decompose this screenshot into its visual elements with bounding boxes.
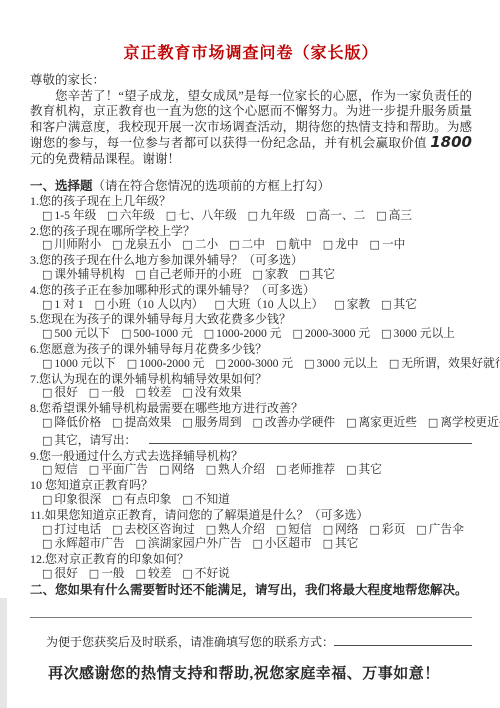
contact-write-in-blank[interactable] <box>334 633 472 646</box>
option-checkbox[interactable]: □1 对 1 <box>42 298 84 313</box>
option-label: 其它 <box>394 298 417 311</box>
option-line: □1 对 1□小班（10 人以内）□大班（10 人以上）□家教□其它 <box>30 298 472 313</box>
checkbox-icon: □ <box>89 567 99 580</box>
option-checkbox[interactable]: □航中 <box>276 238 312 253</box>
option-label: 家教 <box>347 298 370 311</box>
question-text: 9.您一般通过什么方式去选择辅导机构？ <box>30 449 472 464</box>
option-checkbox[interactable]: □平面广告 <box>89 463 148 478</box>
question-block: 3.您的孩子现在什么地方参加课外辅导？（可多选）□课外辅导机构□自己老师开的小班… <box>30 253 472 283</box>
option-checkbox[interactable]: □离家更近些 <box>346 416 417 431</box>
contact-line: 为便于您获奖后及时联系，请准确填写您的联系方式： <box>30 633 472 650</box>
option-label: 有点印象 <box>125 493 172 506</box>
question-text: 2.您的孩子现在哪所学校上学？ <box>30 224 472 239</box>
question-block: 4.您的孩子正在参加哪种形式的课外辅导？（可多选）□1 对 1□小班（10 人以… <box>30 283 472 313</box>
question-block: 9.您一般通过什么方式去选择辅导机构？□短信□平面广告□网络□熟人介绍□老师推荐… <box>30 449 472 479</box>
option-line: □永辉超市广告□滨湖家园户外广告□小区超市□其它 <box>30 537 472 552</box>
option-checkbox[interactable]: □高一、二 <box>306 209 365 224</box>
option-checkbox[interactable]: □课外辅导机构 <box>42 268 125 283</box>
option-label: 小班（10 人以内） <box>107 298 203 311</box>
option-checkbox[interactable]: □其它 <box>323 537 359 552</box>
checkbox-icon: □ <box>112 523 122 536</box>
option-checkbox[interactable]: □小班（10 人以内） <box>95 298 204 313</box>
option-label: 1000 元以下 <box>54 357 115 370</box>
option-checkbox[interactable]: □网络 <box>323 523 359 538</box>
option-label: 高三 <box>389 209 412 222</box>
question-block: 8.您希望课外辅导机构最需要在哪些地方进行改善？□降低价格□提高效果□服务周到□… <box>30 401 472 448</box>
option-label: 龙泉五小 <box>125 238 172 251</box>
option-checkbox[interactable]: □提高效果 <box>112 416 171 431</box>
checkbox-icon: □ <box>369 523 379 536</box>
checkbox-icon: □ <box>42 386 52 399</box>
option-label: 九年级 <box>260 209 295 222</box>
option-line: □1-5 年级□六年级□七、八年级□九年级□高一、二□高三 <box>30 209 472 224</box>
option-label: 较差 <box>148 567 171 580</box>
option-label: 没有效果 <box>195 386 242 399</box>
option-checkbox[interactable]: □熟人介绍 <box>206 523 265 538</box>
option-label: 一般 <box>101 567 124 580</box>
option-label: 大班（10 人以上） <box>227 298 323 311</box>
checkbox-icon: □ <box>112 493 122 506</box>
checkbox-icon: □ <box>276 463 286 476</box>
option-label: 其它 <box>359 463 382 476</box>
option-label: 航中 <box>288 238 311 251</box>
checkbox-icon: □ <box>370 238 380 251</box>
checkbox-icon: □ <box>136 567 146 580</box>
option-label: 3000 元以上 <box>317 357 378 370</box>
option-label: 其它 <box>312 268 335 281</box>
option-label: 2000-3000 元 <box>228 357 293 370</box>
option-checkbox[interactable]: □较差 <box>136 567 172 582</box>
option-line: □1000 元以下□1000-2000 元□2000-3000 元□3000 元… <box>30 357 472 372</box>
option-checkbox[interactable]: □小区超市 <box>252 537 311 552</box>
question-text: 7.您认为现在的课外辅导机构辅导效果如何？ <box>30 372 472 387</box>
option-checkbox[interactable]: □很好 <box>42 386 78 401</box>
option-checkbox[interactable]: □老师推荐 <box>276 463 335 478</box>
option-checkbox[interactable]: □印象很深 <box>42 493 101 508</box>
question-text: 3.您的孩子现在什么地方参加课外辅导？（可多选） <box>30 253 472 268</box>
option-label: 提高效果 <box>125 416 172 429</box>
option-label: 彩页 <box>382 523 405 536</box>
scan-artifact-strip <box>0 598 7 708</box>
option-label: 离家更近些 <box>358 416 416 429</box>
checkbox-icon: □ <box>42 209 52 222</box>
option-line: □其它，请写出： <box>30 431 472 449</box>
question-list: 1.您的孩子现在上几年级？□1-5 年级□六年级□七、八年级□九年级□高一、二□… <box>30 194 472 582</box>
checkbox-icon: □ <box>42 298 52 311</box>
option-checkbox[interactable]: □家教 <box>334 298 370 313</box>
option-checkbox[interactable]: □离学校更近些 <box>428 416 500 431</box>
question-text: 12.您对京正教育的印象如何？ <box>30 552 472 567</box>
question-block: 11.如果您知道京正教育，请问您的了解渠道是什么？（可多选）□打过电话□去校区咨… <box>30 508 472 552</box>
section1-heading-note: （请在符合您情况的选项前的方框上打勾） <box>93 179 331 193</box>
option-checkbox[interactable]: □广告伞 <box>416 523 463 538</box>
checkbox-icon: □ <box>42 327 52 340</box>
option-checkbox[interactable]: □滨湖家园户外广告 <box>136 537 242 552</box>
checkbox-icon: □ <box>182 567 192 580</box>
checkbox-icon: □ <box>323 238 333 251</box>
option-label: 网络 <box>335 523 358 536</box>
option-label: 自己老师开的小班 <box>148 268 242 281</box>
option-label: 六年级 <box>120 209 155 222</box>
checkbox-icon: □ <box>159 463 169 476</box>
checkbox-icon: □ <box>381 327 391 340</box>
option-label: 服务周到 <box>195 416 242 429</box>
checkbox-icon: □ <box>229 238 239 251</box>
option-checkbox[interactable]: □大班（10 人以上） <box>214 298 323 313</box>
checkbox-icon: □ <box>42 238 52 251</box>
checkbox-icon: □ <box>112 238 122 251</box>
option-checkbox[interactable]: □熟人介绍 <box>206 463 265 478</box>
option-label: 高一、二 <box>319 209 366 222</box>
checkbox-icon: □ <box>428 416 438 429</box>
option-checkbox[interactable]: □其它 <box>346 463 382 478</box>
option-checkbox[interactable]: □1000-2000 元 <box>204 327 282 342</box>
option-label: 滨湖家园户外广告 <box>148 537 242 550</box>
option-label: 改善办学硬件 <box>265 416 335 429</box>
checkbox-icon: □ <box>42 357 52 370</box>
option-checkbox[interactable]: □永辉超市广告 <box>42 537 125 552</box>
checkbox-icon: □ <box>248 209 258 222</box>
checkbox-icon: □ <box>42 416 52 429</box>
option-checkbox[interactable]: □龙泉五小 <box>112 238 171 253</box>
option-label: 去校区咨询过 <box>125 523 195 536</box>
option-label: 较差 <box>148 386 171 399</box>
checkbox-icon: □ <box>42 434 52 447</box>
checkbox-icon: □ <box>252 268 262 281</box>
question-block: 2.您的孩子现在哪所学校上学？□川师附小□龙泉五小□二小□二中□航中□龙中□一中 <box>30 224 472 254</box>
checkbox-icon: □ <box>112 416 122 429</box>
option-label: 小区超市 <box>265 537 312 550</box>
option-checkbox[interactable]: □无所谓，效果好就行 <box>389 357 500 372</box>
option-line: □印象很深□有点印象□不知道 <box>30 493 472 508</box>
checkbox-icon: □ <box>389 357 399 370</box>
question-block: 12.您对京正教育的印象如何？□很好□一般□较差□不好说 <box>30 552 472 582</box>
option-label: 2000-3000 元 <box>305 327 370 340</box>
option-label: 其它，请写出： <box>54 434 136 447</box>
checkbox-icon: □ <box>42 537 52 550</box>
option-checkbox[interactable]: □打过电话 <box>42 523 101 538</box>
option-label: 3000 元以上 <box>394 327 455 340</box>
write-in-blank[interactable] <box>149 431 472 444</box>
question-text: 4.您的孩子正在参加哪种形式的课外辅导？（可多选） <box>30 283 472 298</box>
checkbox-icon: □ <box>42 567 52 580</box>
checkbox-icon: □ <box>323 523 333 536</box>
checkbox-icon: □ <box>121 327 131 340</box>
option-label: 七、八年级 <box>178 209 236 222</box>
option-line: □很好□一般□较差□没有效果 <box>30 386 472 401</box>
checkbox-icon: □ <box>89 386 99 399</box>
option-label: 二中 <box>242 238 265 251</box>
option-checkbox[interactable]: □彩页 <box>369 523 405 538</box>
checkbox-icon: □ <box>276 523 286 536</box>
option-line: □500 元以下□500-1000 元□1000-2000 元□2000-300… <box>30 327 472 342</box>
option-checkbox[interactable]: □降低价格 <box>42 416 101 431</box>
option-line: □短信□平面广告□网络□熟人介绍□老师推荐□其它 <box>30 463 472 478</box>
checkbox-icon: □ <box>299 268 309 281</box>
option-label: 短信 <box>288 523 311 536</box>
checkbox-icon: □ <box>276 238 286 251</box>
section2-heading: 二、您如果有什么需要暂时还不能满足，请写出，我们将最大程度地帮您解决。 <box>30 583 472 598</box>
thanks-message: 再次感谢您的热情支持和帮助,祝您家庭幸福、万事如意！ <box>30 664 472 684</box>
option-label: 龙中 <box>335 238 358 251</box>
option-label: 打过电话 <box>54 523 101 536</box>
question-block: 7.您认为现在的课外辅导机构辅导效果如何？□很好□一般□较差□没有效果 <box>30 372 472 402</box>
question-text: 1.您的孩子现在上几年级？ <box>30 194 472 209</box>
option-line: □打过电话□去校区咨询过□熟人介绍□短信□网络□彩页□广告伞 <box>30 523 472 538</box>
prize-value: 1800 <box>430 133 472 151</box>
option-label: 广告伞 <box>429 523 464 536</box>
question-text: 6.您愿意为孩子的课外辅导每月花费多少钱？ <box>30 342 472 357</box>
option-checkbox[interactable]: □短信 <box>42 463 78 478</box>
questionnaire-page: 京正教育市场调查问卷（家长版） 尊敬的家长： 您辛苦了！“望子成龙，望女成凤”是… <box>0 0 500 708</box>
option-checkbox[interactable]: □二中 <box>229 238 265 253</box>
option-checkbox[interactable]: □高三 <box>376 209 412 224</box>
option-label: 很好 <box>54 567 77 580</box>
option-label: 不好说 <box>195 567 230 580</box>
checkbox-icon: □ <box>206 463 216 476</box>
checkbox-icon: □ <box>42 463 52 476</box>
checkbox-icon: □ <box>182 238 192 251</box>
option-line: □降低价格□提高效果□服务周到□改善办学硬件□离家更近些□离学校更近些 <box>30 416 472 431</box>
option-label: 1 对 1 <box>54 298 83 311</box>
checkbox-icon: □ <box>304 357 314 370</box>
option-checkbox[interactable]: □其它 <box>381 298 417 313</box>
checkbox-icon: □ <box>206 523 216 536</box>
option-label: 其它 <box>335 537 358 550</box>
salutation: 尊敬的家长： <box>30 73 472 89</box>
option-label: 1000-2000 元 <box>216 327 281 340</box>
option-label: 1-5 年级 <box>54 209 96 222</box>
intro-text-before: 您辛苦了！“望子成龙，望女成凤”是每一位家长的心愿，作为一家负责任的教育机构，京… <box>30 89 472 151</box>
checkbox-icon: □ <box>182 416 192 429</box>
option-label: 一般 <box>101 386 124 399</box>
checkbox-icon: □ <box>166 209 176 222</box>
checkbox-icon: □ <box>136 268 146 281</box>
option-checkbox[interactable]: □网络 <box>159 463 195 478</box>
option-checkbox[interactable]: □川师附小 <box>42 238 101 253</box>
option-line: □课外辅导机构□自己老师开的小班□家教□其它 <box>30 268 472 283</box>
contact-label: 为便于您获奖后及时联系，请准确填写您的联系方式： <box>46 635 334 650</box>
checkbox-icon: □ <box>89 463 99 476</box>
option-checkbox[interactable]: □2000-3000 元 <box>292 327 370 342</box>
checkbox-icon: □ <box>42 493 52 506</box>
checkbox-icon: □ <box>346 463 356 476</box>
option-label: 川师附小 <box>54 238 101 251</box>
checkbox-icon: □ <box>292 327 302 340</box>
option-label: 家教 <box>265 268 288 281</box>
option-label: 短信 <box>54 463 77 476</box>
option-checkbox[interactable]: □短信 <box>276 523 312 538</box>
option-label: 不知道 <box>195 493 230 506</box>
option-label: 1000-2000 元 <box>139 357 204 370</box>
option-label: 无所谓，效果好就行 <box>401 357 500 370</box>
option-label: 熟人介绍 <box>218 523 265 536</box>
checkbox-icon: □ <box>204 327 214 340</box>
option-checkbox[interactable]: □3000 元以上 <box>304 357 378 372</box>
option-checkbox[interactable]: □很好 <box>42 567 78 582</box>
option-checkbox[interactable]: □九年级 <box>248 209 295 224</box>
option-checkbox[interactable]: □1000-2000 元 <box>127 357 205 372</box>
option-label: 平面广告 <box>101 463 148 476</box>
option-checkbox[interactable]: □较差 <box>136 386 172 401</box>
option-checkbox[interactable]: □500-1000 元 <box>121 327 193 342</box>
page-title: 京正教育市场调查问卷（家长版） <box>30 44 472 64</box>
checkbox-icon: □ <box>346 416 356 429</box>
option-label: 熟人介绍 <box>218 463 265 476</box>
checkbox-icon: □ <box>182 493 192 506</box>
question-block: 6.您愿意为孩子的课外辅导每月花费多少钱？□1000 元以下□1000-2000… <box>30 342 472 372</box>
option-checkbox[interactable]: □一中 <box>370 238 406 253</box>
checkbox-icon: □ <box>253 416 263 429</box>
option-checkbox[interactable]: □不好说 <box>182 567 229 582</box>
checkbox-icon: □ <box>127 357 137 370</box>
option-line: □川师附小□龙泉五小□二小□二中□航中□龙中□一中 <box>30 238 472 253</box>
question-block: 10 您知道京正教育吗？□印象很深□有点印象□不知道 <box>30 478 472 508</box>
option-label: 很好 <box>54 386 77 399</box>
question-text: 10 您知道京正教育吗？ <box>30 478 472 493</box>
option-label: 印象很深 <box>54 493 101 506</box>
option-label: 课外辅导机构 <box>54 268 124 281</box>
checkbox-icon: □ <box>334 298 344 311</box>
option-checkbox[interactable]: □服务周到 <box>182 416 241 431</box>
option-label: 永辉超市广告 <box>54 537 124 550</box>
option-checkbox[interactable]: □去校区咨询过 <box>112 523 195 538</box>
option-label: 500 元以下 <box>54 327 110 340</box>
question-text: 5.您现在为孩子的课外辅导每月大致花费多少钱？ <box>30 312 472 327</box>
checkbox-icon: □ <box>381 298 391 311</box>
checkbox-icon: □ <box>107 209 117 222</box>
section1-heading: 一、选择题（请在符合您情况的选项前的方框上打勾） <box>30 179 472 194</box>
option-checkbox[interactable]: □3000 元以上 <box>381 327 455 342</box>
option-checkbox[interactable]: □七、八年级 <box>166 209 237 224</box>
question-block: 5.您现在为孩子的课外辅导每月大致花费多少钱？□500 元以下□500-1000… <box>30 312 472 342</box>
option-checkbox[interactable]: □六年级 <box>107 209 154 224</box>
option-checkbox[interactable]: □一般 <box>89 567 125 582</box>
option-checkbox[interactable]: □没有效果 <box>182 386 241 401</box>
checkbox-icon: □ <box>376 209 386 222</box>
checkbox-icon: □ <box>95 298 105 311</box>
option-label: 一中 <box>382 238 405 251</box>
checkbox-icon: □ <box>215 357 225 370</box>
option-checkbox[interactable]: □1-5 年级 <box>42 209 96 224</box>
option-label: 二小 <box>195 238 218 251</box>
option-line: □很好□一般□较差□不好说 <box>30 567 472 582</box>
option-label: 网络 <box>171 463 194 476</box>
checkbox-icon: □ <box>214 298 224 311</box>
option-checkbox[interactable]: □2000-3000 元 <box>215 357 293 372</box>
checkbox-icon: □ <box>42 268 52 281</box>
write-in-line[interactable] <box>30 617 472 618</box>
checkbox-icon: □ <box>42 523 52 536</box>
section1-heading-title: 一、选择题 <box>30 179 93 193</box>
option-checkbox[interactable]: □不知道 <box>182 493 229 508</box>
option-label: 降低价格 <box>54 416 101 429</box>
option-checkbox[interactable]: □自己老师开的小班 <box>136 268 242 283</box>
option-checkbox[interactable]: □龙中 <box>323 238 359 253</box>
checkbox-icon: □ <box>136 386 146 399</box>
intro-text-after: 元的免费精品课程。谢谢！ <box>30 152 180 166</box>
question-text: 11.如果您知道京正教育，请问您的了解渠道是什么？（可多选） <box>30 508 472 523</box>
option-checkbox[interactable]: □其它，请写出： <box>42 434 136 449</box>
checkbox-icon: □ <box>252 537 262 550</box>
intro-paragraph: 您辛苦了！“望子成龙，望女成凤”是每一位家长的心愿，作为一家负责任的教育机构，京… <box>30 89 472 168</box>
option-label: 老师推荐 <box>288 463 335 476</box>
checkbox-icon: □ <box>182 386 192 399</box>
option-checkbox[interactable]: □1000 元以下 <box>42 357 116 372</box>
option-checkbox[interactable]: □二小 <box>182 238 218 253</box>
option-checkbox[interactable]: □家教 <box>252 268 288 283</box>
question-text: 8.您希望课外辅导机构最需要在哪些地方进行改善？ <box>30 401 472 416</box>
option-label: 500-1000 元 <box>133 327 192 340</box>
option-label: 离学校更近些 <box>440 416 500 429</box>
checkbox-icon: □ <box>416 523 426 536</box>
question-block: 1.您的孩子现在上几年级？□1-5 年级□六年级□七、八年级□九年级□高一、二□… <box>30 194 472 224</box>
checkbox-icon: □ <box>136 537 146 550</box>
option-checkbox[interactable]: □500 元以下 <box>42 327 110 342</box>
option-checkbox[interactable]: □改善办学硬件 <box>253 416 336 431</box>
option-checkbox[interactable]: □其它 <box>299 268 335 283</box>
option-checkbox[interactable]: □有点印象 <box>112 493 171 508</box>
option-checkbox[interactable]: □一般 <box>89 386 125 401</box>
checkbox-icon: □ <box>306 209 316 222</box>
checkbox-icon: □ <box>323 537 333 550</box>
